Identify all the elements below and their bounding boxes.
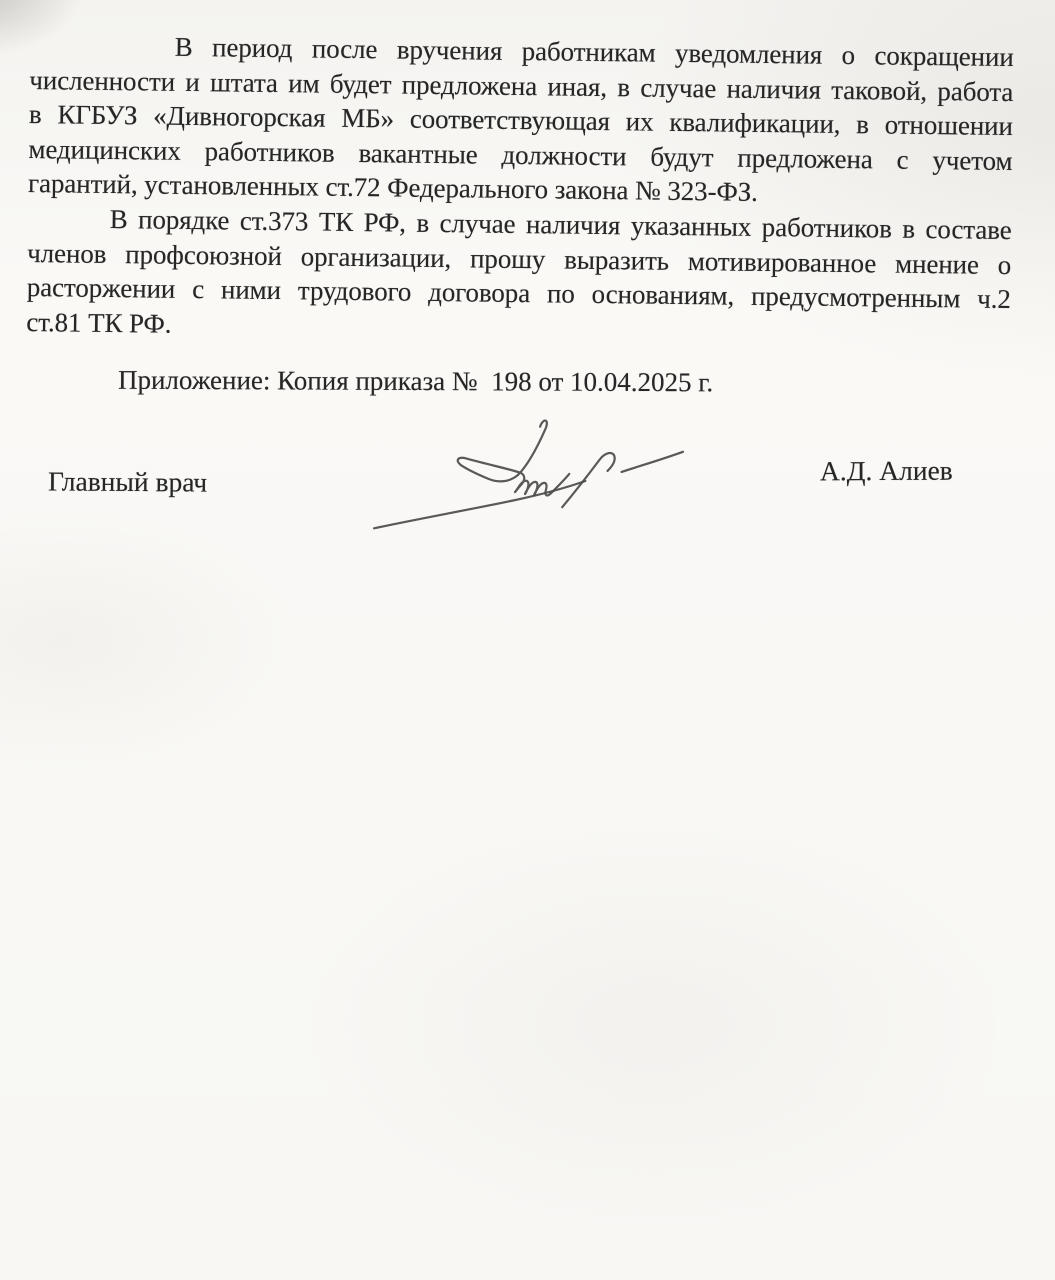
document-page: В период после вручения работникам уведо… <box>0 0 1055 1280</box>
attachment-line: Приложение: Копия приказа № 198 от 10.04… <box>118 363 713 400</box>
signer-name: А.Д. Алиев <box>820 455 953 488</box>
body-paragraph: В период после вручения работникам уведо… <box>28 28 1014 213</box>
body-paragraph: В порядке ст.373 ТК РФ, в случае наличия… <box>26 201 1012 351</box>
document-body: В период после вручения работникам уведо… <box>26 28 1014 351</box>
handwritten-signature-icon <box>366 414 688 546</box>
signer-position-title: Главный врач <box>48 465 207 498</box>
